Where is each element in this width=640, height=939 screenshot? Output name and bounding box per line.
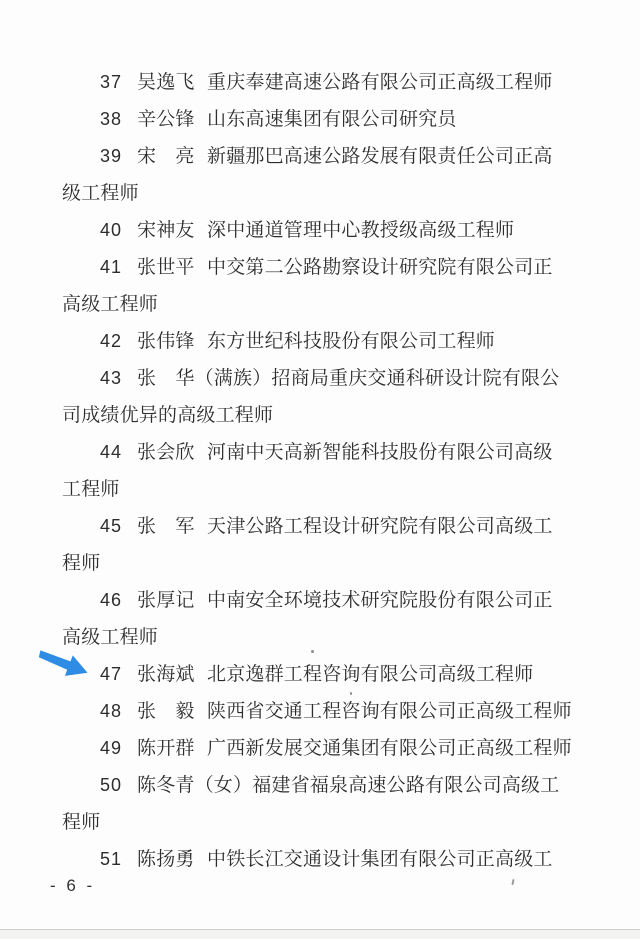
list-item: 38辛公锋山东高速集团有限公司研究员: [62, 101, 640, 138]
entry-name-note: （满族）: [195, 368, 272, 389]
entry-number: 49: [100, 730, 124, 767]
entry-affiliation: 北京逸群工程咨询有限公司高级工程师: [207, 664, 533, 685]
list-item: 40宋神友深中通道管理中心教授级高级工程师: [62, 212, 640, 249]
list-item: 42张伟锋东方世纪科技股份有限公司工程师: [62, 323, 640, 360]
page-number: - 6 -: [50, 876, 95, 896]
list-item: 45张 军天津公路工程设计研究院有限公司高级工程师: [62, 508, 640, 582]
scan-speck: [350, 692, 352, 695]
entry-first-line: 42张伟锋东方世纪科技股份有限公司工程师: [62, 323, 640, 360]
entry-first-line: 50陈冬青（女）福建省福泉高速公路有限公司高级工: [62, 767, 640, 804]
entry-first-line: 46张厚记中南安全环境技术研究院股份有限公司正: [62, 582, 640, 619]
entry-first-line: 43张 华（满族）招商局重庆交通科研设计院有限公: [62, 360, 640, 397]
entry-number: 47: [100, 656, 124, 693]
entry-number: 41: [100, 249, 124, 286]
entry-continuation-line: 工程师: [62, 471, 640, 508]
entry-first-line: 49陈开群广西新发展交通集团有限公司正高级工程师: [62, 730, 640, 767]
entry-affiliation: 重庆奉建高速公路有限公司正高级工程师: [207, 72, 553, 93]
entry-affiliation: 河南中天高新智能科技股份有限公司高级: [207, 442, 553, 463]
entry-name: 张厚记: [137, 582, 207, 619]
list-item: 48张 毅陕西省交通工程咨询有限公司正高级工程师: [62, 693, 640, 730]
list-item: 43张 华（满族）招商局重庆交通科研设计院有限公司成绩优异的高级工程师: [62, 360, 640, 434]
entry-name: 张 军: [137, 508, 207, 545]
entry-first-line: 47张海斌北京逸群工程咨询有限公司高级工程师: [62, 656, 640, 693]
entry-name: 张 华: [137, 360, 195, 397]
entry-affiliation: 招商局重庆交通科研设计院有限公: [271, 368, 559, 389]
entry-name: 宋 亮: [137, 138, 207, 175]
entry-affiliation: 中交第二公路勘察设计研究院有限公司正: [207, 257, 553, 278]
entry-first-line: 37吴逸飞重庆奉建高速公路有限公司正高级工程师: [62, 64, 640, 101]
entry-affiliation: 福建省福泉高速公路有限公司高级工: [252, 775, 559, 796]
entry-continuation-line: 高级工程师: [62, 286, 640, 323]
entry-name: 宋神友: [137, 212, 207, 249]
entry-affiliation: 新疆那巴高速公路发展有限责任公司正高: [207, 146, 553, 167]
list-item: 37吴逸飞重庆奉建高速公路有限公司正高级工程师: [62, 64, 640, 101]
entry-number: 46: [100, 582, 124, 619]
entry-first-line: 38辛公锋山东高速集团有限公司研究员: [62, 101, 640, 138]
entry-number: 39: [100, 138, 124, 175]
entry-continuation-line: 程师: [62, 545, 640, 582]
entry-affiliation: 东方世纪科技股份有限公司工程师: [207, 331, 495, 352]
awardee-list: 37吴逸飞重庆奉建高速公路有限公司正高级工程师38辛公锋山东高速集团有限公司研究…: [0, 0, 640, 878]
list-item: 46张厚记中南安全环境技术研究院股份有限公司正高级工程师: [62, 582, 640, 656]
entry-continuation-line: 程师: [62, 804, 640, 841]
entry-number: 43: [100, 360, 124, 397]
list-item: 50陈冬青（女）福建省福泉高速公路有限公司高级工程师: [62, 767, 640, 841]
entry-number: 48: [100, 693, 124, 730]
page-bottom-edge: [0, 929, 640, 939]
entry-name: 张海斌: [137, 656, 207, 693]
entry-affiliation: 天津公路工程设计研究院有限公司高级工: [207, 516, 553, 537]
entry-number: 42: [100, 323, 124, 360]
entry-name: 张会欣: [137, 434, 207, 471]
entry-continuation-line: 高级工程师: [62, 619, 640, 656]
entry-continuation-line: 级工程师: [62, 175, 640, 212]
entry-number: 44: [100, 434, 124, 471]
scan-speck: [311, 650, 314, 653]
entry-first-line: 39宋 亮新疆那巴高速公路发展有限责任公司正高: [62, 138, 640, 175]
entry-number: 40: [100, 212, 124, 249]
entry-first-line: 44张会欣河南中天高新智能科技股份有限公司高级: [62, 434, 640, 471]
list-item: 41张世平中交第二公路勘察设计研究院有限公司正高级工程师: [62, 249, 640, 323]
entry-number: 51: [100, 841, 124, 878]
entry-affiliation: 山东高速集团有限公司研究员: [207, 109, 457, 130]
list-item: 51陈扬勇中铁长江交通设计集团有限公司正高级工: [62, 841, 640, 878]
entry-name-note: （女）: [195, 775, 253, 796]
entry-name: 张 毅: [137, 693, 207, 730]
entry-number: 45: [100, 508, 124, 545]
entry-first-line: 40宋神友深中通道管理中心教授级高级工程师: [62, 212, 640, 249]
entry-affiliation: 广西新发展交通集团有限公司正高级工程师: [207, 738, 572, 759]
entry-number: 50: [100, 767, 124, 804]
entry-first-line: 51陈扬勇中铁长江交通设计集团有限公司正高级工: [62, 841, 640, 878]
entry-name: 张世平: [137, 249, 207, 286]
list-item: 39宋 亮新疆那巴高速公路发展有限责任公司正高级工程师: [62, 138, 640, 212]
entry-name: 陈扬勇: [137, 841, 207, 878]
entry-affiliation: 中南安全环境技术研究院股份有限公司正: [207, 590, 553, 611]
entry-first-line: 48张 毅陕西省交通工程咨询有限公司正高级工程师: [62, 693, 640, 730]
entry-name: 张伟锋: [137, 323, 207, 360]
entry-first-line: 41张世平中交第二公路勘察设计研究院有限公司正: [62, 249, 640, 286]
entry-name: 陈冬青: [137, 767, 195, 804]
scan-speck: [511, 879, 514, 885]
entry-number: 38: [100, 101, 124, 138]
entry-number: 37: [100, 64, 124, 101]
highlight-arrow-icon: [38, 648, 96, 680]
entry-name: 辛公锋: [137, 101, 207, 138]
entry-affiliation: 陕西省交通工程咨询有限公司正高级工程师: [207, 701, 572, 722]
document-page: 37吴逸飞重庆奉建高速公路有限公司正高级工程师38辛公锋山东高速集团有限公司研究…: [0, 0, 640, 939]
entry-affiliation: 深中通道管理中心教授级高级工程师: [207, 220, 514, 241]
list-item: 44张会欣河南中天高新智能科技股份有限公司高级工程师: [62, 434, 640, 508]
entry-name: 陈开群: [137, 730, 207, 767]
entry-affiliation: 中铁长江交通设计集团有限公司正高级工: [207, 849, 553, 870]
entry-continuation-line: 司成绩优异的高级工程师: [62, 397, 640, 434]
list-item: 47张海斌北京逸群工程咨询有限公司高级工程师: [62, 656, 640, 693]
entry-first-line: 45张 军天津公路工程设计研究院有限公司高级工: [62, 508, 640, 545]
entry-name: 吴逸飞: [137, 64, 207, 101]
list-item: 49陈开群广西新发展交通集团有限公司正高级工程师: [62, 730, 640, 767]
